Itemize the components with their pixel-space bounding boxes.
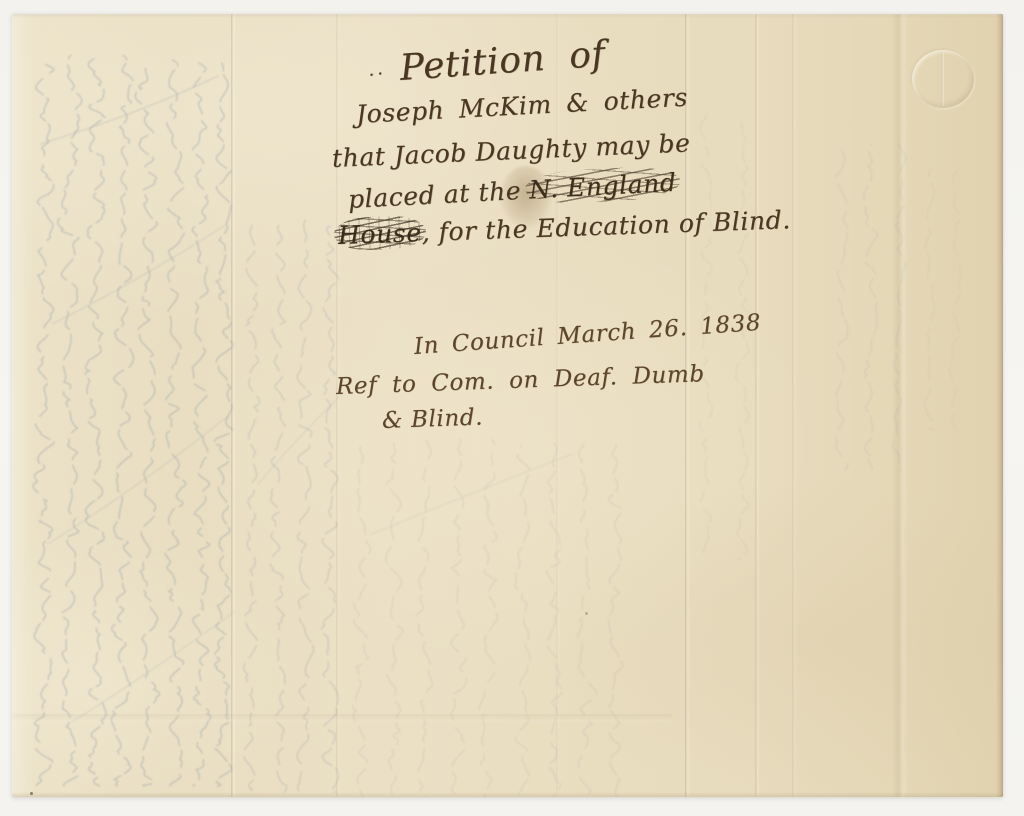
bleedthrough-stroke [297,221,314,793]
photo-background: .. Petition of Joseph McKim & others tha… [0,0,1024,816]
bleedthrough-stroke [515,445,530,797]
embossed-seal [912,50,974,108]
bleedthrough-stroke [578,445,597,797]
bleedthrough-stroke [111,55,133,786]
bleedthrough-stroke [479,440,497,797]
fold-crease [755,14,760,797]
bleedthrough-stroke [192,63,210,786]
paper-edge [12,792,1003,797]
bleedthrough-stroke [924,170,934,430]
bleedthrough-stroke [353,444,371,797]
bleedthrough-stroke [243,223,259,793]
bleedthrough-stroke [608,444,622,797]
paper-edge [12,14,1003,18]
bleedthrough-stroke [33,65,54,786]
bleedthrough-stroke [451,439,466,797]
bleedthrough-stroke [58,55,82,786]
fold-crease [556,14,561,797]
ditto-mark: .. [367,58,387,81]
bleedthrough-stroke [415,440,432,797]
bleedthrough-stroke [372,454,572,534]
fold-crease [792,14,797,797]
referral-line-2: & Blind. [382,404,484,434]
fold-crease [336,14,341,797]
bleedthrough-stroke [735,118,748,560]
paper-edge [996,14,1003,797]
fold-crease-horizontal [12,714,672,722]
document-paper: .. Petition of Joseph McKim & others tha… [12,14,1003,797]
bleedthrough-stroke [386,443,403,797]
bleedthrough-stroke [85,59,106,786]
paper-edge [12,14,34,797]
bleedthrough-stroke [950,171,961,430]
paper-speck [30,792,33,795]
fold-crease [892,14,908,797]
bleedthrough-stroke [836,149,848,470]
paper-speck [585,612,588,615]
crossed-out-word: House [337,218,422,250]
bleedthrough-stroke [270,226,287,792]
bleedthrough-stroke [864,144,878,470]
bleedthrough-stroke [165,60,186,786]
bleedthrough-handwriting [12,14,1003,797]
fold-crease [231,14,236,797]
